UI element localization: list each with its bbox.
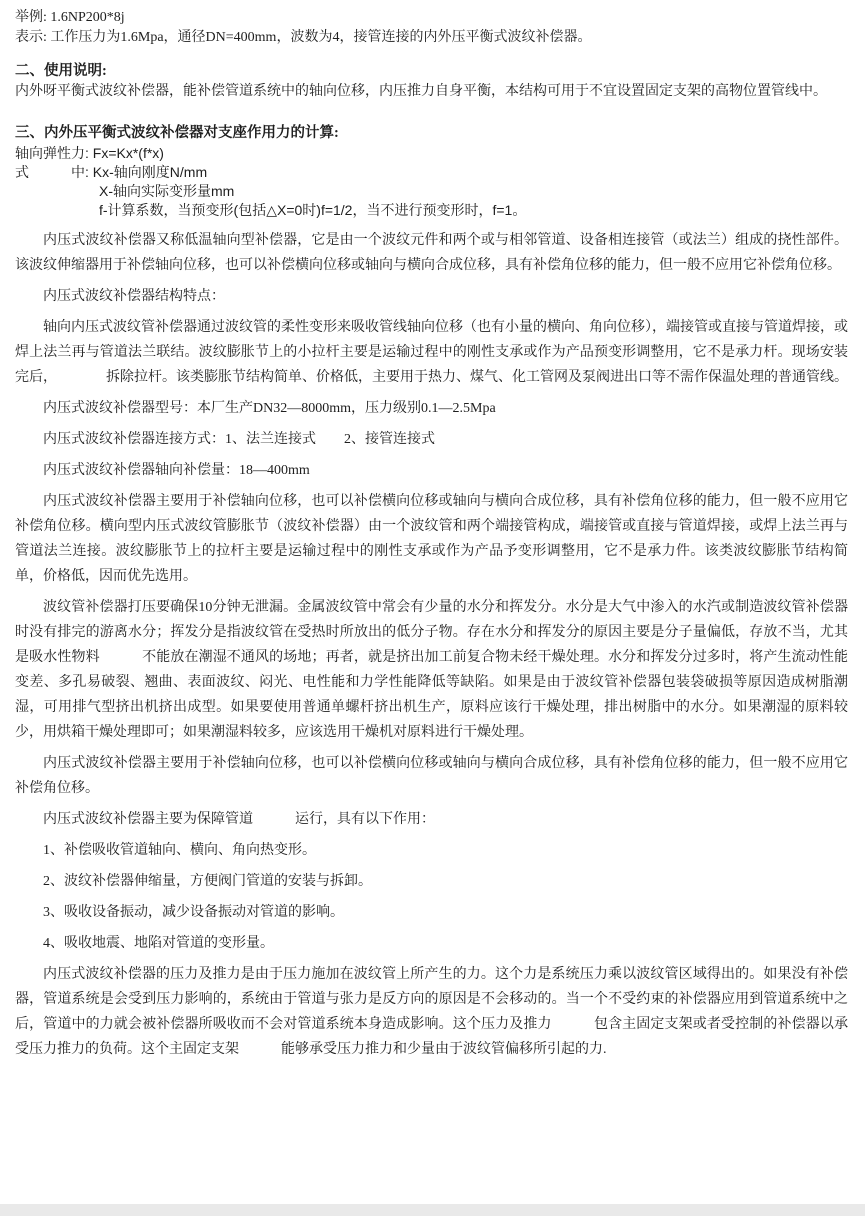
section2-heading: 二、使用说明: — [15, 60, 848, 82]
paragraph-pressure-test-moisture: 波纹管补偿器打压要确保10分钟无泄漏。金属波纹管中常会有少量的水分和挥发分。水分… — [15, 595, 848, 745]
list-item-3: 3、吸收设备振动，减少设备振动对管道的影响。 — [15, 900, 848, 925]
list-item-1: 1、补偿吸收管道轴向、横向、角向热变形。 — [15, 838, 848, 863]
formula-line-f: f-计算系数，当预变形(包括△X=0时)f=1/2，当不进行预变形时，f=1。 — [15, 201, 848, 220]
paragraph-axial-compensation: 内压式波纹补偿器轴向补偿量：18—400mm — [15, 458, 848, 483]
example-line: 举例: 1.6NP200*8j — [15, 8, 848, 28]
paragraph-definition: 内压式波纹补偿器又称低温轴向型补偿器，它是由一个波纹元件和两个或与相邻管道、设备… — [15, 228, 848, 278]
section2-paragraph: 内外呀平衡式波纹补偿器，能补偿管道系统中的轴向位移，内压推力自身平衡，本结构可用… — [15, 82, 848, 102]
paragraph-features-title: 内压式波纹补偿器结构特点： — [15, 284, 848, 309]
page-bottom-bar — [0, 1204, 865, 1216]
paragraph-main-use: 内压式波纹补偿器主要用于补偿轴向位移，也可以补偿横向位移或轴向与横向合成位移，具… — [15, 751, 848, 801]
paragraph-pressure-thrust: 内压式波纹补偿器的压力及推力是由于压力施加在波纹管上所产生的力。这个力是系统压力… — [15, 962, 848, 1062]
formula-line-x: X-轴向实际变形量mm — [15, 182, 848, 201]
paragraph-model-range: 内压式波纹补偿器型号：本厂生产DN32—8000mm，压力级别0.1—2.5Mp… — [15, 396, 848, 421]
list-item-2: 2、波纹补偿器伸缩量，方便阀门管道的安装与拆卸。 — [15, 869, 848, 894]
meaning-line: 表示: 工作压力为1.6Mpa，通径DN=400mm，波数为4，接管连接的内外压… — [15, 28, 848, 48]
formula-block: 轴向弹性力: Fx=Kx*(f*x) 式 中: Kx-轴向刚度N/mm X-轴向… — [15, 144, 848, 220]
paragraph-lateral-type: 内压式波纹补偿器主要用于补偿轴向位移，也可以补偿横向位移或轴向与横向合成位移，具… — [15, 489, 848, 589]
paragraph-structure: 轴向内压式波纹管补偿器通过波纹管的柔性变形来吸收管线轴向位移（也有小量的横向、角… — [15, 315, 848, 390]
paragraph-connection-types: 内压式波纹补偿器连接方式：1、法兰连接式 2、接管连接式 — [15, 427, 848, 452]
paragraph-functions-intro: 内压式波纹补偿器主要为保障管道 运行，具有以下作用： — [15, 807, 848, 832]
document-page: 举例: 1.6NP200*8j 表示: 工作压力为1.6Mpa，通径DN=400… — [0, 0, 865, 1062]
model-example-block: 举例: 1.6NP200*8j 表示: 工作压力为1.6Mpa，通径DN=400… — [15, 8, 848, 48]
list-item-4: 4、吸收地震、地陷对管道的变形量。 — [15, 931, 848, 956]
section3-heading: 三、内外压平衡式波纹补偿器对支座作用力的计算: — [15, 122, 848, 144]
formula-line-axial-force: 轴向弹性力: Fx=Kx*(f*x) — [15, 144, 848, 163]
formula-line-kx: 式 中: Kx-轴向刚度N/mm — [15, 163, 848, 182]
